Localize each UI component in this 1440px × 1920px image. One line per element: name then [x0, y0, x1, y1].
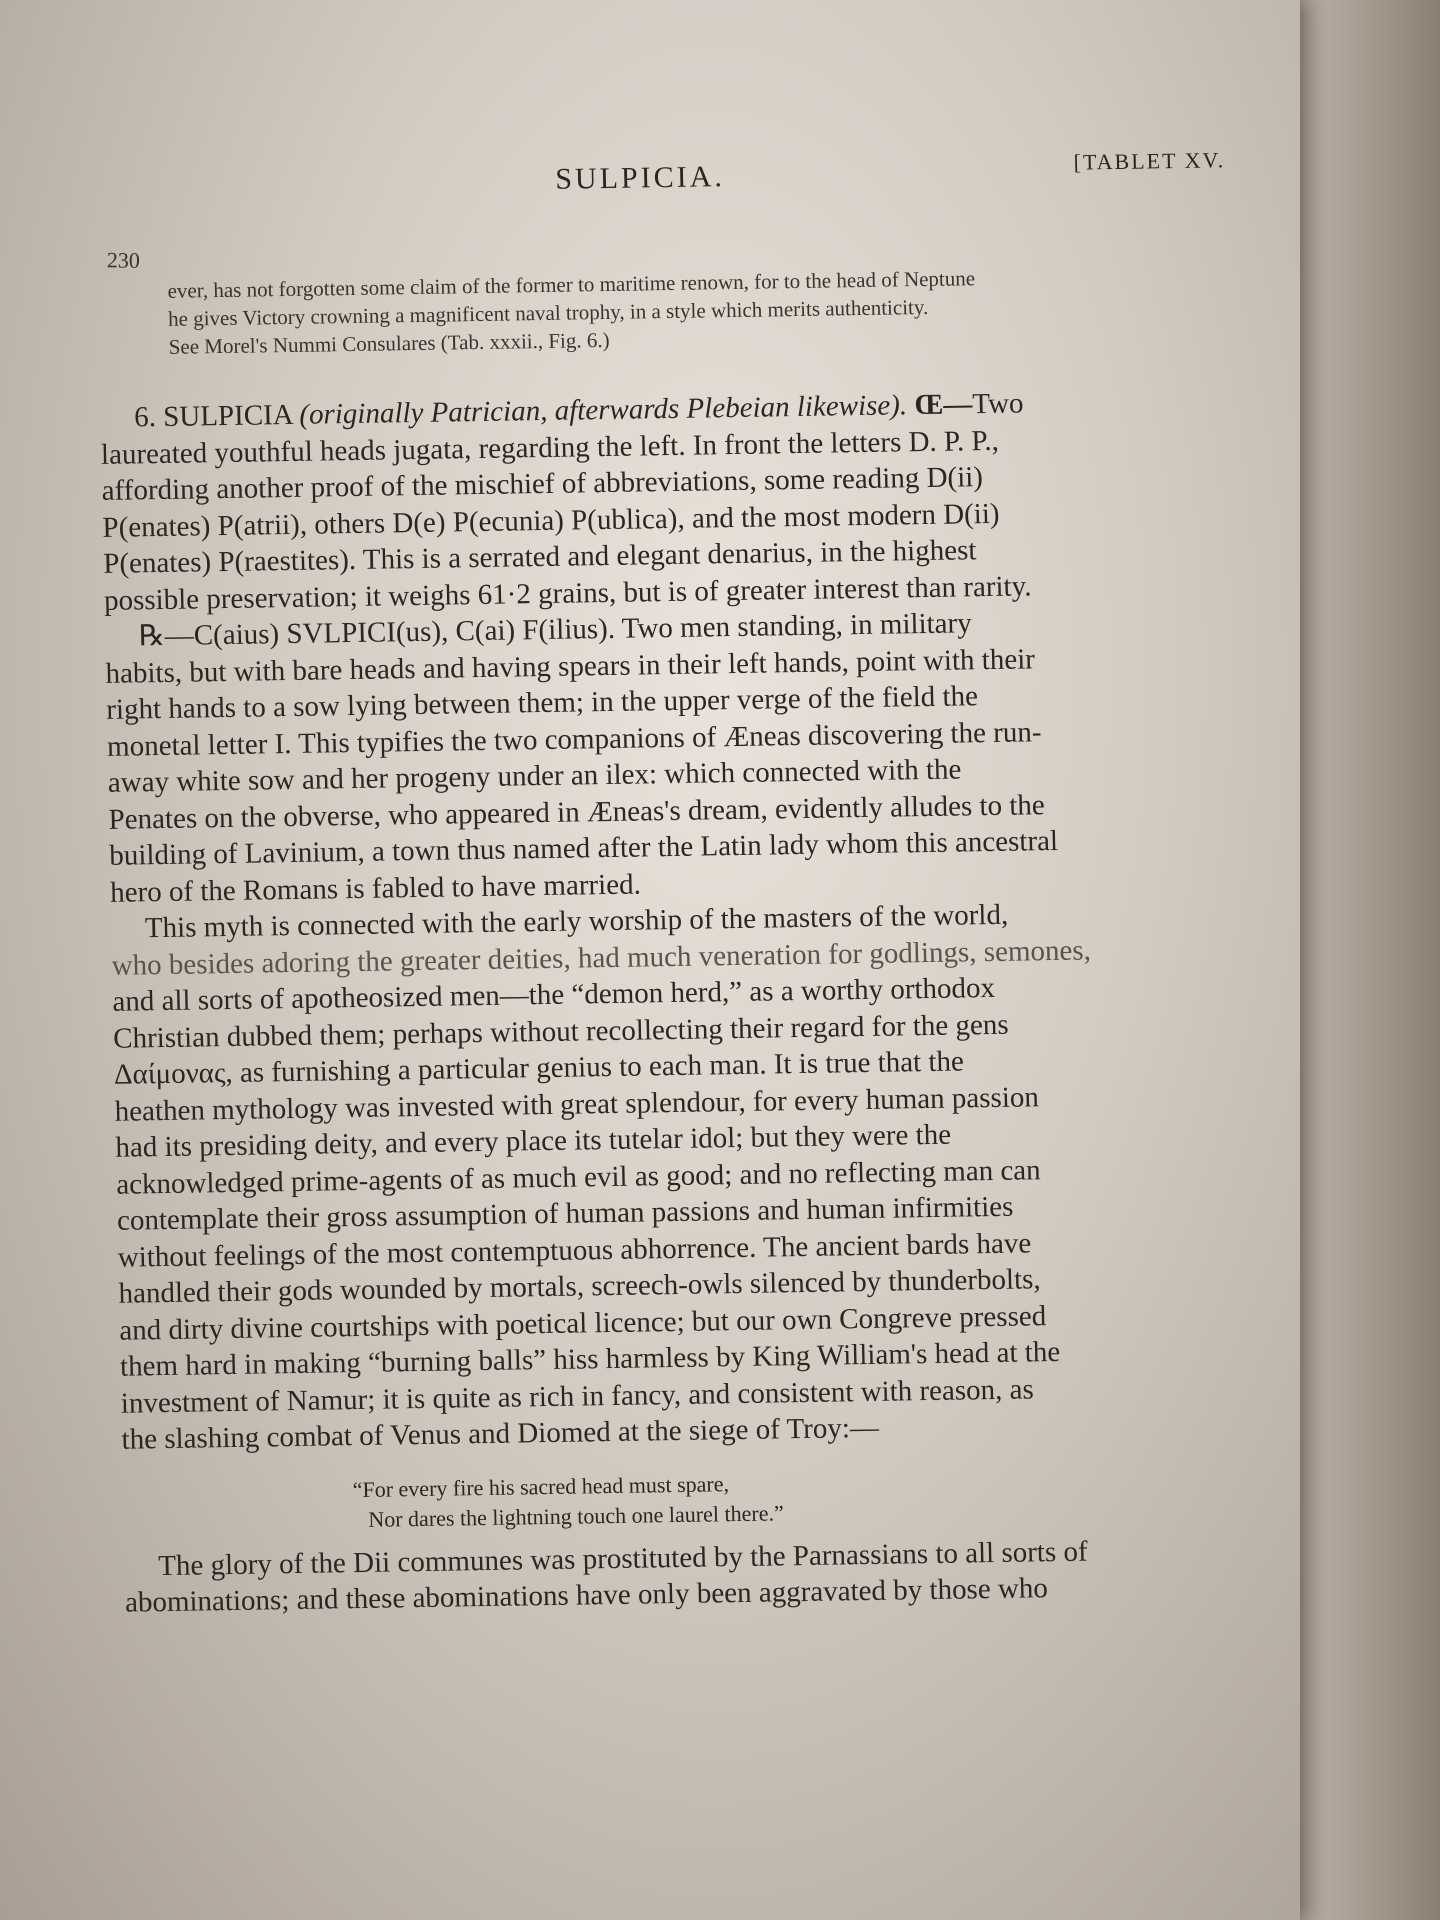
page-header: SULPICIA. [TABLET XV. 230 [95, 152, 1226, 230]
running-title: SULPICIA. [555, 160, 725, 197]
adjacent-page-edge [1280, 0, 1440, 1920]
obverse-mark: Œ— [914, 388, 973, 421]
body-text: 6. SULPICIA (originally Patrician, after… [100, 382, 1255, 1621]
entry-heading: SULPICIA [163, 399, 293, 433]
entry-number: 6. [134, 401, 156, 433]
text-block: SULPICIA. [TABLET XV. 230 ever, has not … [95, 152, 1255, 1621]
tablet-reference: [TABLET XV. [1073, 147, 1225, 175]
footnote: ever, has not forgotten some claim of th… [167, 260, 1229, 361]
book-page: SULPICIA. [TABLET XV. 230 ever, has not … [0, 0, 1300, 1920]
entry-line: Two [972, 387, 1024, 420]
entry-heading-note: (originally Patrician, afterwards Plebei… [299, 389, 907, 431]
page-number: 230 [107, 247, 140, 274]
verse-quotation: “For every fire his sacred head must spa… [352, 1460, 1253, 1534]
